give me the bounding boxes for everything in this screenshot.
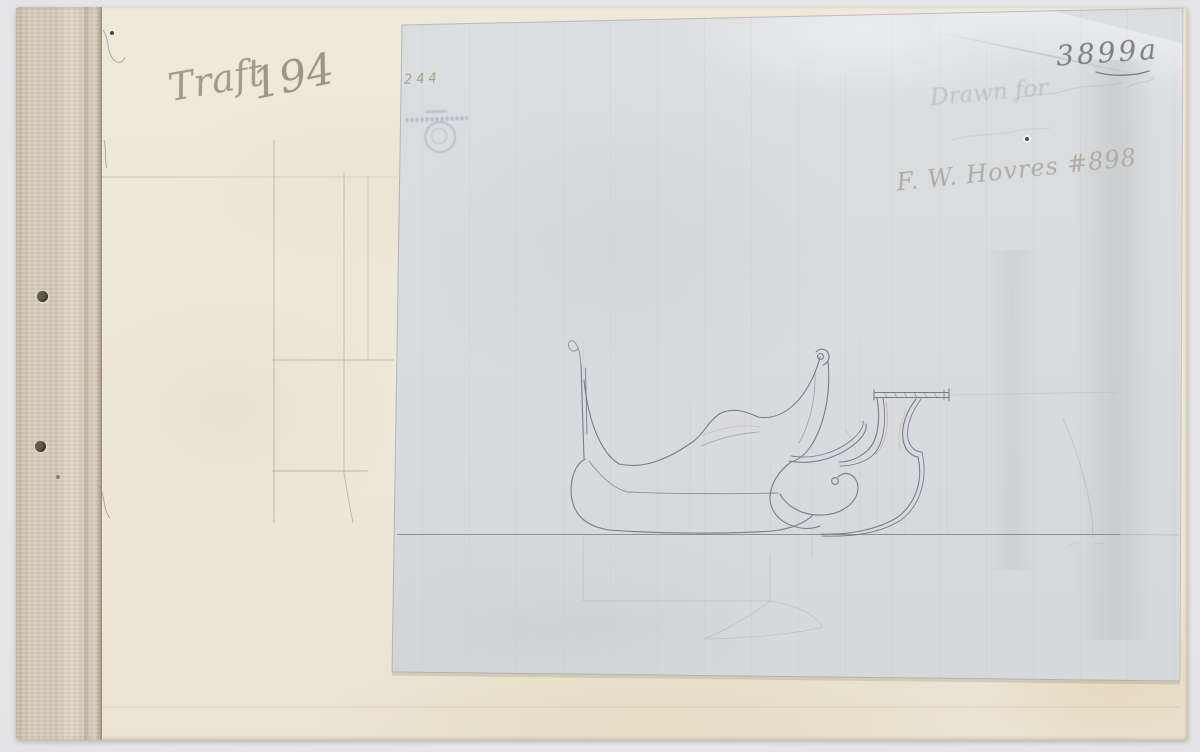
right-faint-curve: [1063, 418, 1104, 546]
inscription-plate-number: 244: [404, 71, 442, 88]
faint-script-squiggle: [952, 128, 1050, 140]
scan-background: Traft 194 3899a 244 Drawn for F. W. Hovr…: [0, 0, 1200, 752]
runner-scroll: [832, 478, 839, 485]
sleigh-drawing: [569, 341, 949, 537]
ground-line: [397, 535, 1178, 536]
runner-top-bar: [874, 389, 949, 401]
left-pencil-sketch: [272, 140, 394, 523]
stamp-text-line: [425, 110, 447, 114]
bar-extension-line: [949, 392, 1118, 395]
seat-scroll: [818, 354, 824, 360]
construction-gridlines: [583, 338, 947, 534]
stitch-threads: [99, 10, 125, 738]
museum-stamp: [405, 107, 475, 155]
line-art-layer: [0, 0, 1200, 752]
pin-hole: [1025, 137, 1029, 141]
dash-curl: [569, 341, 581, 365]
runner-tip-detail: [583, 537, 823, 639]
underline-after-3899a: [1096, 71, 1149, 75]
tracing-paper-edges: [392, 8, 1183, 683]
